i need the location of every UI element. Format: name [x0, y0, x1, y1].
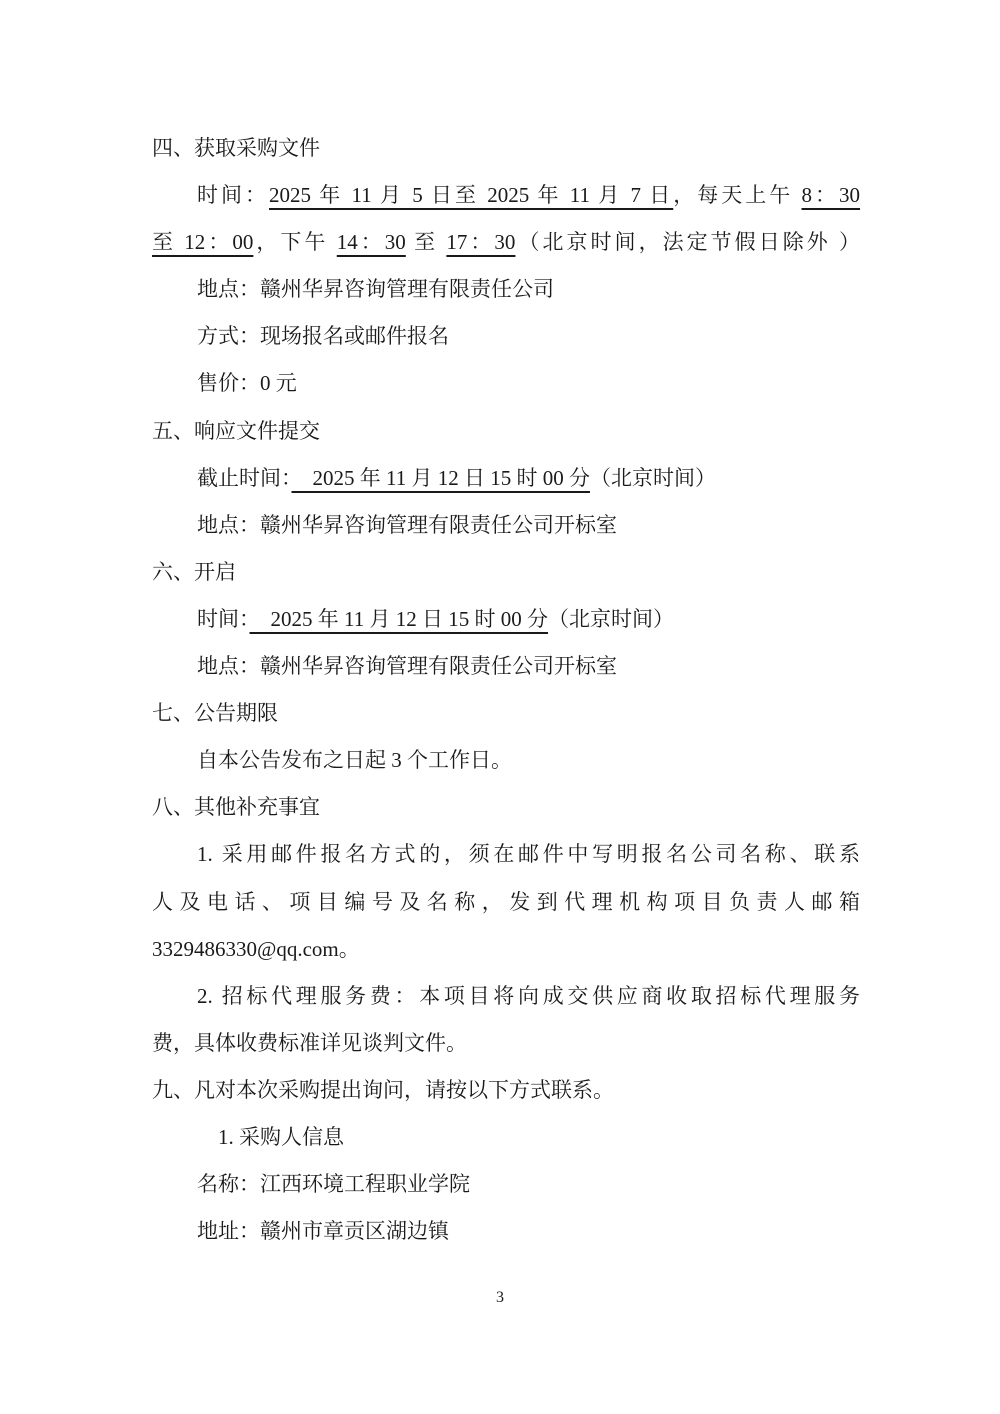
text-run: 九、凡对本次采购提出询问，请按以下方式联系。 — [152, 1078, 614, 1102]
underlined-text-run: 14：30 — [337, 230, 406, 254]
text-run: 2. 招标代理服务费：本项目将向成交供应商收取招标代理服务 — [197, 984, 860, 1008]
text-run: 1. 采购人信息 — [218, 1125, 344, 1149]
document-line: 地点：赣州华昇咨询管理有限责任公司开标室 — [152, 643, 860, 690]
text-run: ，下午 — [253, 230, 336, 254]
underlined-text-run: 2025 年 11 月 5 日至 2025 年 11 月 7 日 — [269, 183, 673, 207]
text-run: 售价：0 元 — [197, 371, 297, 395]
document-line: 地点：赣州华昇咨询管理有限责任公司 — [152, 266, 860, 313]
text-run: 名称：江西环境工程职业学院 — [197, 1172, 470, 1196]
text-run: 地点：赣州华昇咨询管理有限责任公司开标室 — [197, 513, 617, 537]
document-line: 名称：江西环境工程职业学院 — [152, 1161, 860, 1208]
text-run: 截止时间： — [197, 466, 292, 490]
document-line: 2. 招标代理服务费：本项目将向成交供应商收取招标代理服务 — [152, 973, 860, 1020]
text-run: （北京时间） — [590, 466, 716, 490]
underlined-text-run: 2025 年 11 月 12 日 15 时 00 分 — [292, 466, 590, 490]
page-number: 3 — [0, 1288, 1000, 1308]
underlined-text-run: 2025 年 11 月 12 日 15 时 00 分 — [250, 607, 548, 631]
text-run: 地址：赣州市章贡区湖边镇 — [197, 1219, 449, 1243]
document-line: 五、响应文件提交 — [152, 408, 860, 455]
document-line: 费，具体收费标准详见谈判文件。 — [152, 1020, 860, 1067]
text-run: 地点：赣州华昇咨询管理有限责任公司开标室 — [197, 654, 617, 678]
underlined-text-run: 至 12：00 — [152, 230, 253, 254]
text-run: 时间： — [197, 183, 269, 207]
text-run: ，每天上午 — [673, 183, 801, 207]
document-line: 截止时间： 2025 年 11 月 12 日 15 时 00 分（北京时间） — [152, 455, 860, 502]
text-run: 3329486330@qq.com。 — [152, 937, 360, 961]
document-line: 八、其他补充事宜 — [152, 784, 860, 831]
text-run: 六、开启 — [152, 560, 236, 584]
text-run: 费，具体收费标准详见谈判文件。 — [152, 1031, 467, 1055]
text-run: 自本公告发布之日起 3 个工作日。 — [197, 748, 512, 772]
document-line: 七、公告期限 — [152, 690, 860, 737]
text-run: 八、其他补充事宜 — [152, 795, 320, 819]
document-page: 四、获取采购文件时间：2025 年 11 月 5 日至 2025 年 11 月 … — [0, 0, 1000, 1414]
document-line: 时间：2025 年 11 月 5 日至 2025 年 11 月 7 日，每天上午… — [152, 172, 860, 219]
document-body: 四、获取采购文件时间：2025 年 11 月 5 日至 2025 年 11 月 … — [152, 125, 860, 1255]
text-run: 人及电话、项目编号及名称，发到代理机构项目负责人邮箱 — [152, 890, 860, 914]
text-run: 七、公告期限 — [152, 701, 278, 725]
text-run: 1. 采用邮件报名方式的，须在邮件中写明报名公司名称、联系 — [197, 842, 860, 866]
text-run: 地点：赣州华昇咨询管理有限责任公司 — [197, 277, 554, 301]
document-line: 方式：现场报名或邮件报名 — [152, 313, 860, 360]
document-line: 时间： 2025 年 11 月 12 日 15 时 00 分（北京时间） — [152, 596, 860, 643]
document-line: 自本公告发布之日起 3 个工作日。 — [152, 737, 860, 784]
document-line: 人及电话、项目编号及名称，发到代理机构项目负责人邮箱 — [152, 879, 860, 926]
text-run: 五、响应文件提交 — [152, 419, 320, 443]
text-run: （北京时间，法定节假日除外 ） — [515, 230, 860, 254]
document-line: 1. 采用邮件报名方式的，须在邮件中写明报名公司名称、联系 — [152, 831, 860, 878]
text-run: 至 — [406, 230, 447, 254]
document-line: 地点：赣州华昇咨询管理有限责任公司开标室 — [152, 502, 860, 549]
text-run: 四、获取采购文件 — [152, 136, 320, 160]
text-run: （北京时间） — [548, 607, 674, 631]
text-run: 方式：现场报名或邮件报名 — [197, 324, 449, 348]
document-line: 六、开启 — [152, 549, 860, 596]
text-run: 时间： — [197, 607, 250, 631]
document-line: 3329486330@qq.com。 — [152, 926, 860, 973]
document-line: 四、获取采购文件 — [152, 125, 860, 172]
underlined-text-run: 17：30 — [446, 230, 515, 254]
document-line: 售价：0 元 — [152, 360, 860, 407]
document-line: 1. 采购人信息 — [152, 1114, 860, 1161]
underlined-text-run: 8：30 — [802, 183, 861, 207]
document-line: 九、凡对本次采购提出询问，请按以下方式联系。 — [152, 1067, 860, 1114]
document-line: 至 12：00，下午 14：30 至 17：30（北京时间，法定节假日除外 ） — [152, 219, 860, 266]
document-line: 地址：赣州市章贡区湖边镇 — [152, 1208, 860, 1255]
